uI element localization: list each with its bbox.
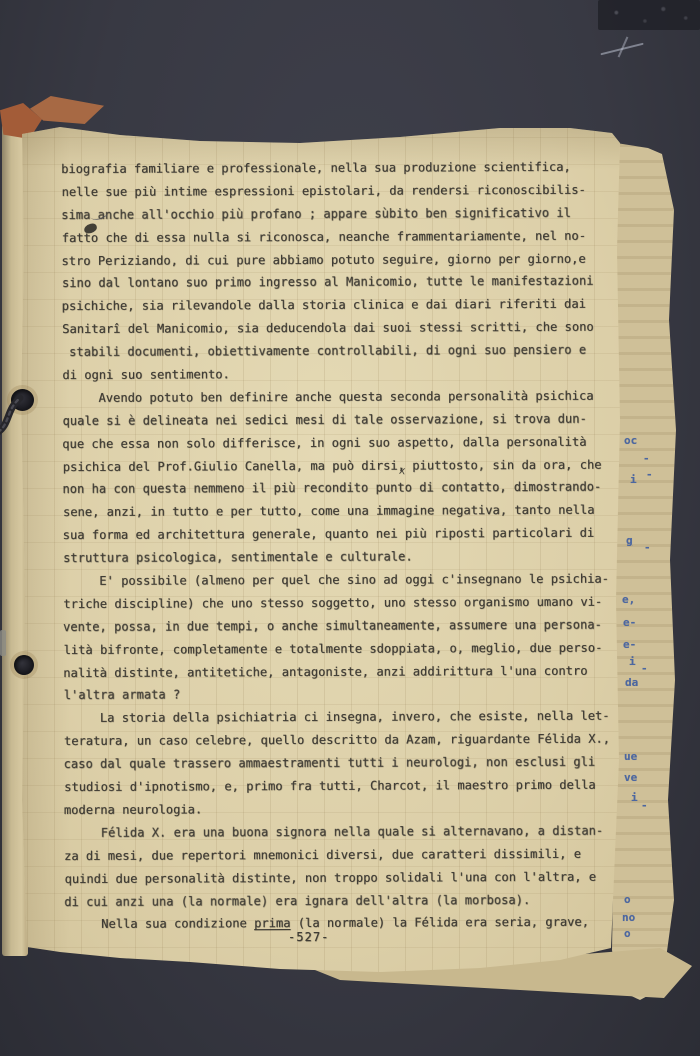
text-line: fatto che di essa nulla si riconosca, ne… — [62, 224, 608, 249]
text-line: sene, anzi, in tutto e per tutto, come u… — [63, 499, 609, 524]
text-line: nalità distinte, antitetiche, antagonist… — [63, 659, 609, 684]
text-line: La storia della psichiatria ci insegna, … — [63, 705, 609, 730]
text-line: Avendo potuto ben definire anche questa … — [62, 385, 608, 410]
text-line: caso dal quale trassero ammaestramenti t… — [64, 751, 610, 776]
document-page: biografia familiare e professionale, nel… — [0, 0, 700, 1056]
text-line: stro Periziando, di cui pure abbiamo pot… — [61, 247, 607, 272]
text-line: Nella sua condizione prima (la normale) … — [65, 911, 611, 936]
text-line: sua forma ed architettura generale, quan… — [63, 522, 609, 547]
text-line: stabili documenti, obiettivamente contro… — [62, 339, 608, 364]
text-line: quale si è delineata nei sedici mesi di … — [62, 407, 608, 432]
text-line: Sanitarî del Manicomio, sia deducendola … — [62, 316, 608, 341]
text-line: nelle sue più intime espressioni epistol… — [61, 179, 607, 204]
text-line: lità bifronte, completamente e totalment… — [63, 636, 609, 661]
overstrike-x-mark: x — [398, 464, 406, 478]
text-line: que che essa non solo differisce, in ogn… — [62, 430, 608, 455]
text-line: di ogni suo sentimento. — [62, 362, 608, 387]
text-line: teratura, un caso celebre, quello descri… — [64, 728, 610, 753]
text-line: studiosi d'ipnotismo, e, primo fra tutti… — [64, 774, 610, 799]
text-line: sima anche all'occhio più profano ; appa… — [61, 201, 607, 226]
text-line: psichiche, sia rilevandole dalla storia … — [62, 293, 608, 318]
photo-background: biografia familiare e professionale, nel… — [0, 0, 700, 1056]
punch-hole-top — [11, 389, 34, 411]
text-line: E' possibile (almeno per quel che sino a… — [63, 568, 609, 593]
text-line: quindi due personalità distinte, non tro… — [64, 865, 610, 890]
text-line: l'altra armata ? — [64, 682, 610, 707]
text-line: triche discipline) che uno stesso sogget… — [63, 591, 609, 616]
text-line: biografia familiare e professionale, nel… — [61, 156, 607, 181]
typewritten-text: biografia familiare e professionale, nel… — [61, 156, 610, 937]
punch-hole-bottom — [14, 655, 34, 675]
scratch-mark — [596, 32, 660, 66]
text-line: non ha con questa nemmeno il più recondi… — [62, 476, 608, 501]
text-line: struttura psicologica, sentimentale e cu… — [63, 545, 609, 570]
text-line: za di mesi, due repertori mnemonici dive… — [64, 842, 610, 867]
text-line: psichica del Prof.Giulio Canella, ma può… — [63, 453, 609, 478]
page-number: -527- — [288, 930, 329, 944]
text-line: moderna neurologia. — [64, 797, 610, 822]
text-line: sino dal lontano suo primo ingresso al M… — [62, 270, 608, 295]
text-line: di cui anzi una (la normale) era ignara … — [64, 888, 610, 913]
text-line: vente, possa, in due tempi, o anche simu… — [63, 613, 609, 638]
stamp-mark — [598, 0, 700, 30]
text-line: Félida X. era una buona signora nella qu… — [64, 819, 610, 844]
spine-clip-mark — [0, 630, 6, 656]
